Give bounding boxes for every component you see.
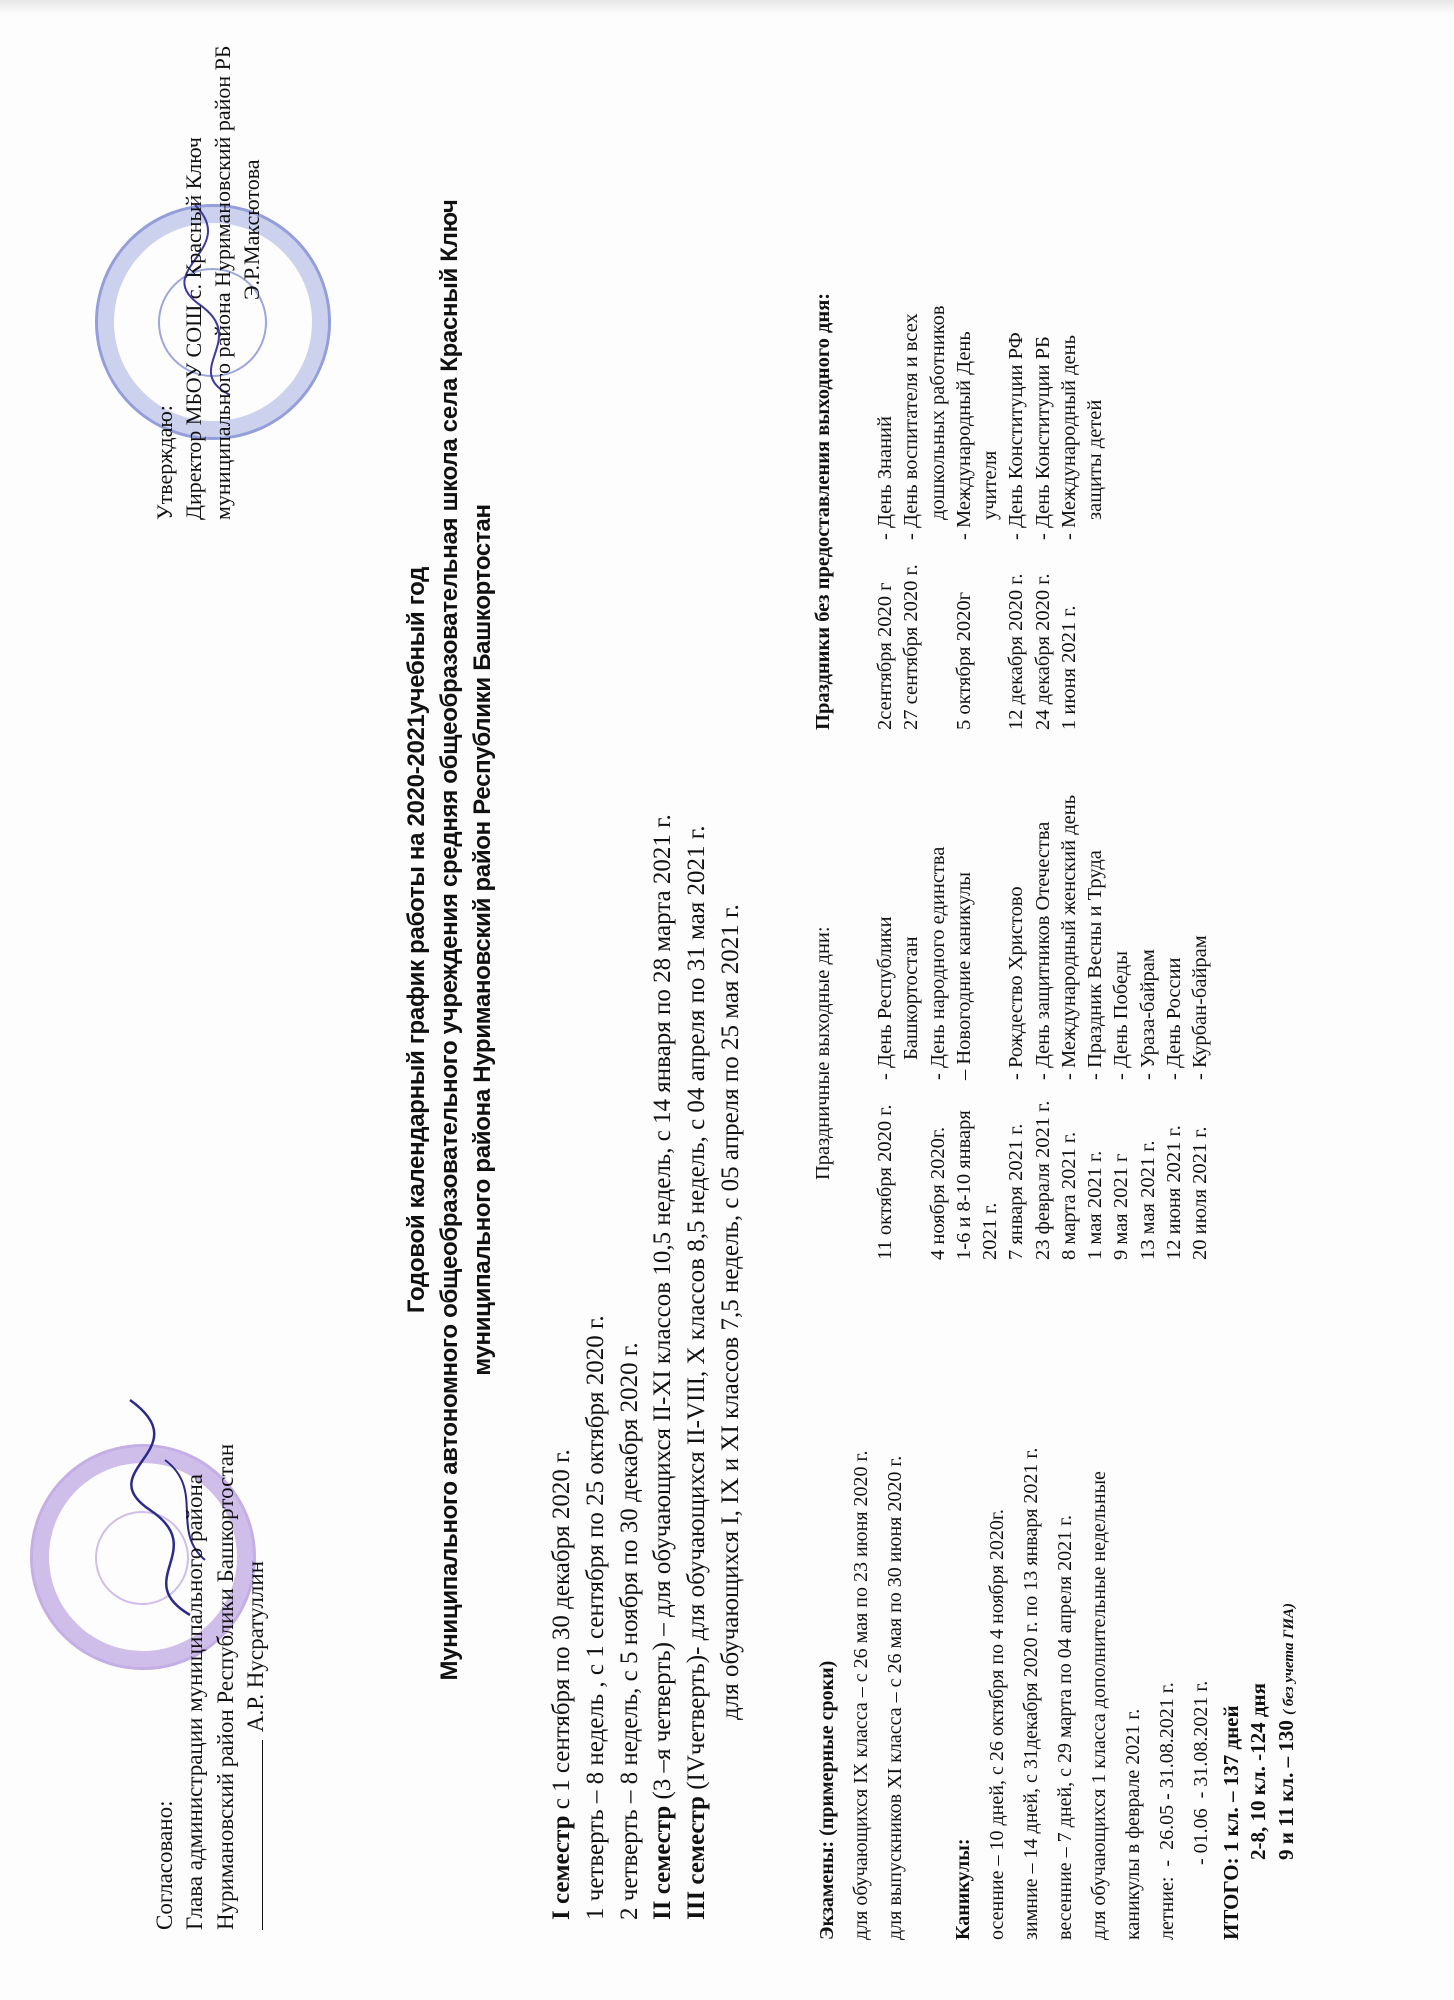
approved-signer-row: Э.Р.Максютова: [237, 0, 266, 520]
holiday-row: 9 мая 2021 г- День Победы: [1108, 740, 1134, 1260]
holiday-date: 1-6 и 8-10 января 2021 г.: [951, 1080, 1003, 1260]
vacations-title: Каникулы:: [946, 1300, 980, 1940]
approved-block: Утверждаю: Директор МБОУ СОШ с. Красный …: [150, 0, 266, 520]
vacation-line: летние: - 26.05 - 31.08.2021 г.: [1150, 1300, 1184, 1940]
holiday-name: - День России: [1161, 740, 1187, 1080]
holiday-date: 1 июня 2021 г.: [1056, 540, 1108, 730]
totals-label: ИТОГО:: [1219, 1857, 1243, 1940]
exams-title: Экзамены: (примерные сроки): [810, 1300, 844, 1940]
rotated-page: Согласовано: Глава администрации муницип…: [0, 0, 1454, 2000]
holiday-date: 5 октября 2020г: [951, 540, 1003, 730]
holiday-row: 13 мая 2021 г.- Ураза-байрам: [1135, 740, 1161, 1260]
document-title: Годовой календарный график работы на 202…: [400, 140, 499, 1740]
agreed-line-2: Нуримановский район Республики Башкортос…: [211, 1210, 241, 1930]
agreed-signer: А.Р. Нусратуллин: [243, 1561, 268, 1732]
totals-line-3: 9 и 11 кл. – 130: [1274, 1720, 1298, 1860]
holiday-date: 12 июня 2021 г.: [1161, 1080, 1187, 1260]
holiday-date: 7 января 2021 г.: [1003, 1080, 1029, 1260]
signature-line: [261, 1740, 263, 1930]
agreed-block: Согласовано: Глава администрации муницип…: [150, 1210, 271, 1930]
title-line-1: Годовой календарный график работы на 202…: [400, 140, 433, 1740]
holiday-row: 4 ноября 2020г.- День народного единства: [925, 740, 951, 1260]
holiday-name: - Курбан-байрам: [1187, 740, 1213, 1080]
holiday-name: - День защитников Отечества: [1030, 740, 1056, 1080]
holiday-name: - День Победы: [1108, 740, 1134, 1080]
holiday-row: 11 октября 2020 г.- День РеспубликиБашко…: [872, 740, 924, 1260]
totals-block: ИТОГО: 1 кл. – 137 дней 2-8, 10 кл. -124…: [1218, 1300, 1300, 1940]
holiday-date: 9 мая 2021 г: [1108, 1080, 1134, 1260]
exams-vacations-block: Экзамены: (примерные сроки) для обучающи…: [810, 1300, 1300, 1940]
holiday-date: 8 марта 2021 г.: [1056, 1080, 1082, 1260]
holiday-row: 12 июня 2021 г.- День России: [1161, 740, 1187, 1260]
title-line-2: Муниципального автономного общеобразоват…: [433, 140, 466, 1740]
holiday-name: - День Конституции РФ: [1003, 10, 1029, 540]
approved-signer: Э.Р.Максютова: [239, 159, 264, 300]
holiday-date: 13 мая 2021 г.: [1135, 1080, 1161, 1260]
public-holidays-title: Праздничные выходные дни:: [810, 740, 836, 1180]
semesters-list: I семестр с 1 сентября по 30 декабря 202…: [545, 20, 748, 1920]
holiday-date: 23 февраля 2021 г.: [1030, 1080, 1056, 1260]
semester-line: для обучающихся I, IX и XI классов 7,5 н…: [714, 20, 748, 1920]
holiday-date: 27 сентября 2020 г.: [898, 540, 950, 730]
semester-line: III семестр (IVчетверть)- для обучающихс…: [680, 20, 714, 1920]
vacation-line: - 01.06 - 31.08.2021 г.: [1184, 1300, 1218, 1940]
approved-label: Утверждаю:: [150, 0, 179, 520]
holiday-name: - Рождество Христово: [1003, 740, 1029, 1080]
vacation-line: каникулы в феврале 2021 г.: [1116, 1300, 1150, 1940]
agreed-label: Согласовано:: [150, 1210, 180, 1930]
holiday-row: 1 мая 2021 г.- Праздник Весны и Труда: [1082, 740, 1108, 1260]
other-holidays-title: Праздники без предоставления выходного д…: [810, 10, 836, 730]
agreed-signer-row: А.Р. Нусратуллин: [241, 1210, 271, 1930]
holiday-name: - Международный женский день: [1056, 740, 1082, 1080]
holiday-row: 8 марта 2021 г.- Международный женский д…: [1056, 740, 1082, 1260]
holiday-date: 24 декабря 2020 г.: [1030, 540, 1056, 730]
holiday-date: 12 декабря 2020 г.: [1003, 540, 1029, 730]
holiday-row: 1 июня 2021 г.- Международный деньзащиты…: [1056, 10, 1108, 730]
vacation-line: зимние – 14 дней, с 31декабря 2020 г. по…: [1014, 1300, 1048, 1940]
holiday-name: - Ураза-байрам: [1135, 740, 1161, 1080]
holiday-row: 27 сентября 2020 г.- День воспитателя и …: [898, 10, 950, 730]
holiday-row: 7 января 2021 г.- Рождество Христово: [1003, 740, 1029, 1260]
holiday-row: 20 июля 2021 г.- Курбан-байрам: [1187, 740, 1213, 1260]
holiday-name: - Международный деньзащиты детей: [1056, 10, 1108, 540]
holiday-row: 23 февраля 2021 г.- День защитников Отеч…: [1030, 740, 1056, 1260]
holiday-date: 20 июля 2021 г.: [1187, 1080, 1213, 1260]
approved-line-1: Директор МБОУ СОШ с. Красный Ключ: [179, 0, 208, 520]
exam-line: для выпускников XI класса – с 26 мая по …: [878, 1300, 912, 1940]
semester-line: II семестр (3 –я четверть) – для обучающ…: [646, 20, 680, 1920]
holiday-name: - День воспитателя и всехдошкольных рабо…: [898, 10, 950, 540]
holiday-name: - День Знаний: [872, 10, 898, 540]
holiday-row: 1-6 и 8-10 января 2021 г.– Новогодние ка…: [951, 740, 1003, 1260]
holiday-name: - Праздник Весны и Труда: [1082, 740, 1108, 1080]
title-line-3: муниципального района Нуримановский райо…: [466, 140, 499, 1740]
holiday-date: 4 ноября 2020г.: [925, 1080, 951, 1260]
holiday-date: 1 мая 2021 г.: [1082, 1080, 1108, 1260]
holiday-row: 5 октября 2020г- Международный Деньучите…: [951, 10, 1003, 730]
holiday-name: – Новогодние каникулы: [951, 740, 1003, 1080]
holiday-date: 2сентября 2020 г: [872, 540, 898, 730]
holiday-date: 11 октября 2020 г.: [872, 1080, 924, 1260]
totals-note: ( без учета ГИА): [1281, 1603, 1297, 1715]
holiday-name: - Международный Деньучителя: [951, 10, 1003, 540]
public-holidays-list: 11 октября 2020 г.- День РеспубликиБашко…: [872, 740, 1213, 1260]
semester-line: I семестр с 1 сентября по 30 декабря 202…: [545, 20, 579, 1920]
agreed-line-1: Глава администрации муниципального район…: [180, 1210, 210, 1930]
semester-line: 2 четверть – 8 недель, с 5 ноября по 30 …: [613, 20, 647, 1920]
vacation-line: для обучающихся 1 класса дополнительные …: [1082, 1300, 1116, 1940]
holiday-row: 24 декабря 2020 г.- День Конституции РБ: [1030, 10, 1056, 730]
totals-line-2: 2-8, 10 кл. -124 дня: [1245, 1300, 1272, 1940]
holiday-row: 12 декабря 2020 г.- День Конституции РФ: [1003, 10, 1029, 730]
totals-line-1: 1 кл. – 137 дней: [1219, 1705, 1243, 1852]
exam-line: для обучающихся IX класса – с 26 мая по …: [844, 1300, 878, 1940]
other-holidays-list: 2сентября 2020 г- День Знаний27 сентября…: [872, 10, 1108, 730]
document-frame: Согласовано: Глава администрации муницип…: [0, 0, 1454, 2000]
vacation-line: осенние – 10 дней, с 26 октября по 4 ноя…: [980, 1300, 1014, 1940]
holiday-name: - День народного единства: [925, 740, 951, 1080]
vacation-line: весенние – 7 дней, с 29 марта по 04 апре…: [1048, 1300, 1082, 1940]
other-holidays-block: Праздники без предоставления выходного д…: [810, 10, 1108, 730]
public-holidays-block: Праздничные выходные дни: 11 октября 202…: [810, 740, 1213, 1260]
holiday-name: - День РеспубликиБашкортостан: [872, 740, 924, 1080]
holiday-name: - День Конституции РБ: [1030, 10, 1056, 540]
holiday-row: 2сентября 2020 г- День Знаний: [872, 10, 898, 730]
approved-line-2: муниципального района Нуримановский райо…: [208, 0, 237, 520]
semester-line: 1 четверть – 8 недель , с 1 сентября по …: [579, 20, 613, 1920]
